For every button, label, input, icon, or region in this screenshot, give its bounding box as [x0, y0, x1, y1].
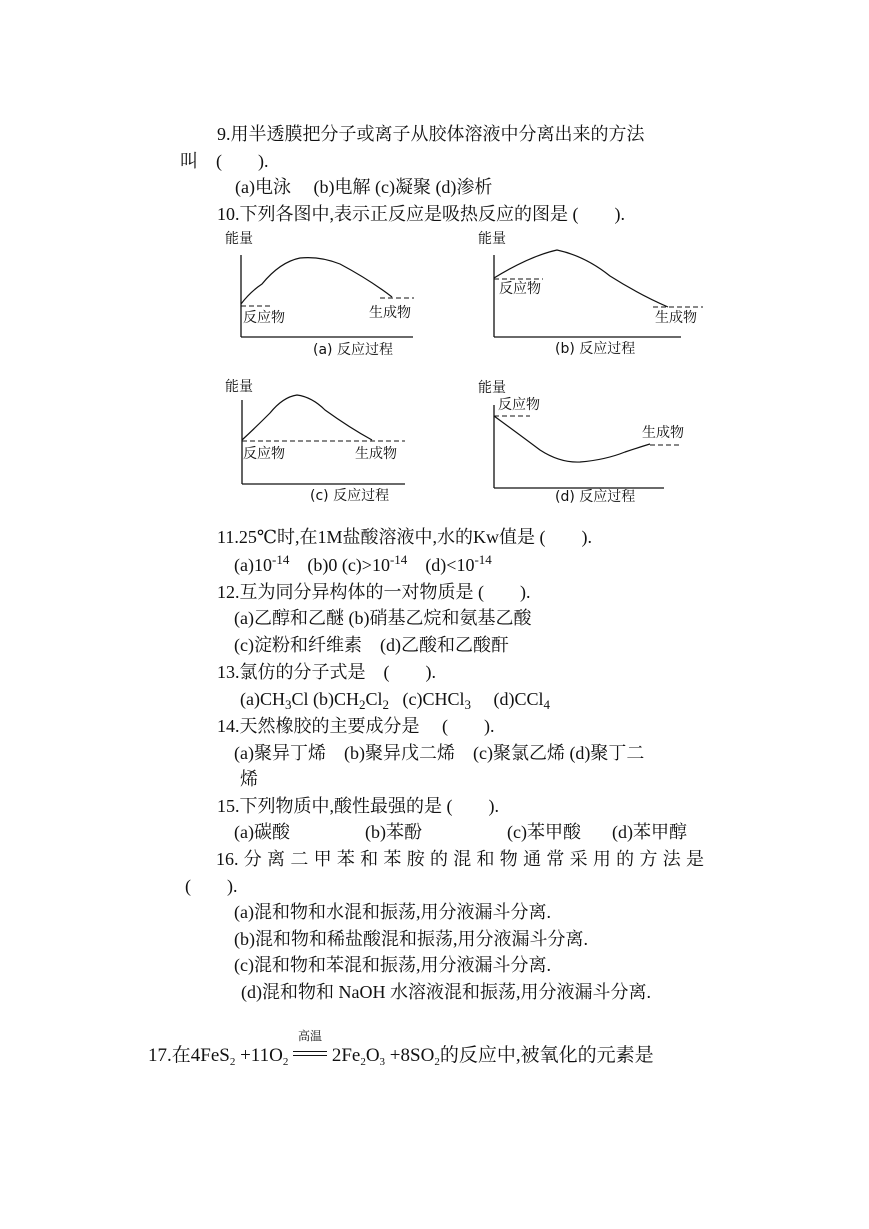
- q12-options-line2: (c)淀粉和纤维素 (d)乙酸和乙酸酐: [234, 633, 509, 657]
- q11-options: (a)10-14 (b)0 (c)>10-14 (d)<10-14: [234, 553, 492, 577]
- reaction-condition: 高温: [293, 1029, 327, 1043]
- product-label: 生成物: [655, 310, 697, 326]
- q15-option-b: (b)苯酚: [365, 820, 422, 844]
- q11-stem: 11.25℃时,在1M盐酸溶液中,水的Kw值是 ( ).: [217, 525, 592, 549]
- energy-diagram-c: 能量 反应物 生成物 (c) 反应过程: [215, 373, 455, 513]
- q16-option-d: (d)混和物和 NaOH 水溶液混和振荡,用分液漏斗分离.: [241, 980, 651, 1004]
- q16-option-a: (a)混和物和水混和振荡,用分液漏斗分离.: [234, 900, 551, 924]
- q13-option-b: (b)CH2Cl2: [313, 689, 389, 709]
- diagram-caption: (a) 反应过程: [313, 342, 393, 358]
- q11-option-c: (c)>10: [342, 555, 390, 575]
- energy-diagram-a: 能量 反应物 生成物 (a) 反应过程: [215, 228, 455, 363]
- q9-stem-line2: 叫 ( ).: [180, 149, 269, 173]
- diagram-caption: (b) 反应过程: [555, 341, 635, 357]
- reactant-label: 反应物: [499, 281, 541, 297]
- q13-option-a: (a)CH3Cl: [240, 689, 309, 709]
- q14-stem: 14.天然橡胶的主要成分是 ( ).: [217, 714, 495, 738]
- q14-options-line2: 烯: [240, 767, 258, 791]
- q9-options: (a)电泳 (b)电解 (c)凝聚 (d)渗析: [235, 175, 492, 199]
- q10-stem: 10.下列各图中,表示正反应是吸热反应的图是 ( ).: [217, 202, 625, 226]
- diagram-caption: (d) 反应过程: [555, 489, 635, 505]
- q11-option-b: (b)0: [307, 555, 337, 575]
- q12-options-line1: (a)乙醇和乙醚 (b)硝基乙烷和氨基乙酸: [234, 606, 531, 630]
- q16-option-c: (c)混和物和苯混和振荡,用分液漏斗分离.: [234, 953, 551, 977]
- energy-diagram-b: 能量 反应物 生成物 (b) 反应过程: [465, 228, 715, 363]
- reactant-label: 反应物: [498, 397, 540, 413]
- q15-stem: 15.下列物质中,酸性最强的是 ( ).: [217, 794, 499, 818]
- q16-blank: ( ).: [185, 874, 238, 898]
- product-label: 生成物: [355, 446, 397, 462]
- ylabel-energy: 能量: [478, 380, 506, 396]
- q11-option-a: (a)10: [234, 555, 272, 575]
- energy-diagram-d: 能量 反应物 生成物 (d) 反应过程: [465, 373, 715, 513]
- q17-stem: 17.在4FeS2 +11O2 高温 2Fe2O3 +8SO2的反应中,被氧化的…: [148, 1043, 654, 1069]
- q15-option-d: (d)苯甲醇: [612, 820, 687, 844]
- ylabel-energy: 能量: [225, 379, 253, 395]
- q13-option-c: (c)CHCl3: [403, 689, 472, 709]
- q13-options: (a)CH3Cl (b)CH2Cl2 (c)CHCl3 (d)CCl4: [240, 687, 550, 711]
- q13-option-d: (d)CCl4: [494, 689, 551, 709]
- ylabel-energy: 能量: [478, 231, 506, 247]
- reactant-label: 反应物: [243, 310, 285, 326]
- q9-stem-line1: 9.用半透膜把分子或离子从胶体溶液中分离出来的方法: [217, 122, 645, 146]
- q16-option-b: (b)混和物和稀盐酸混和振荡,用分液漏斗分离.: [234, 927, 588, 951]
- q11-option-d: (d)<10: [425, 555, 474, 575]
- q12-stem: 12.互为同分异构体的一对物质是 ( ).: [217, 580, 531, 604]
- q13-stem: 13.氯仿的分子式是 ( ).: [217, 660, 436, 684]
- product-label: 生成物: [642, 425, 684, 441]
- ylabel-energy: 能量: [225, 231, 253, 247]
- reactant-label: 反应物: [243, 446, 285, 462]
- reaction-equals-sign: 高温: [293, 1043, 327, 1063]
- q15-option-c: (c)苯甲酸: [507, 820, 581, 844]
- product-label: 生成物: [369, 305, 411, 321]
- q15-option-a: (a)碳酸: [234, 820, 290, 844]
- q14-options-line1: (a)聚异丁烯 (b)聚异戊二烯 (c)聚氯乙烯 (d)聚丁二: [234, 741, 644, 765]
- q16-stem: 16.分离二甲苯和苯胺的混和物通常采用的方法是: [216, 847, 704, 871]
- diagram-caption: (c) 反应过程: [310, 488, 389, 504]
